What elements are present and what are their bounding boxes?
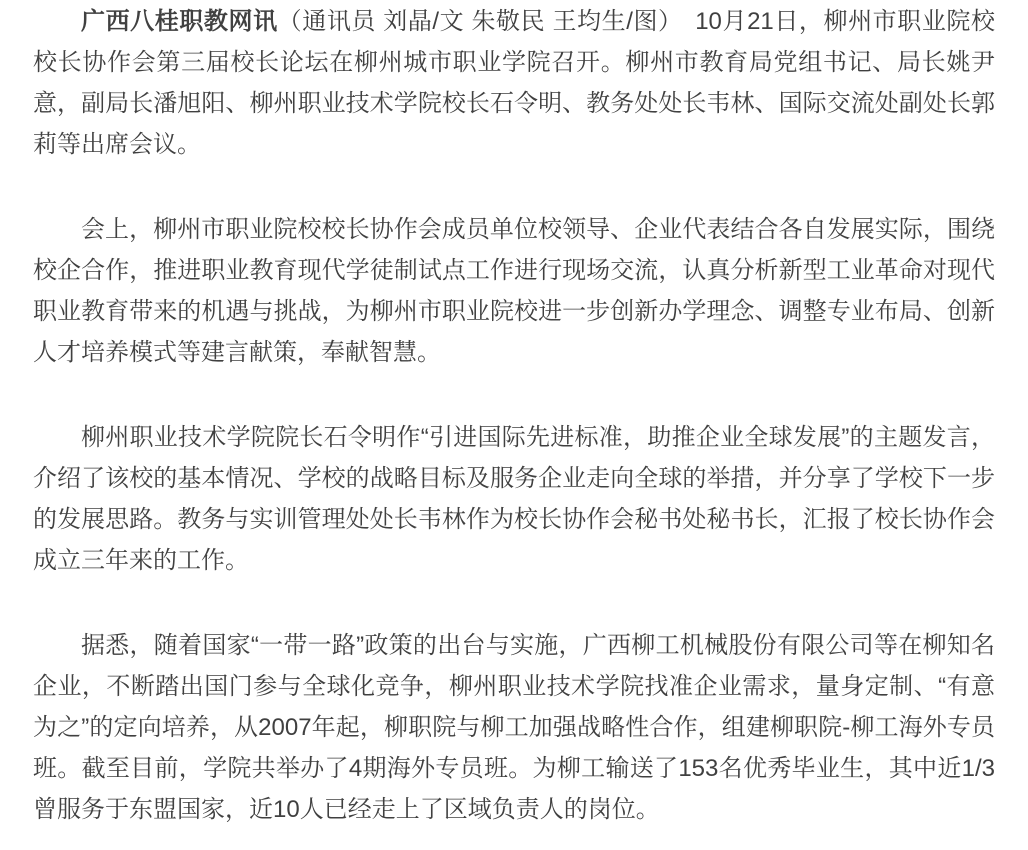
paragraph-intro: 广西八桂职教网讯（通讯员 刘晶/文 朱敬民 王均生/图） 10月21日，柳州市职… (33, 1, 995, 165)
paragraph-text: 据悉，随着国家“一带一路”政策的出台与实施，广西柳工机械股份有限公司等在柳知名企… (33, 632, 995, 823)
paragraph-background: 据悉，随着国家“一带一路”政策的出台与实施，广西柳工机械股份有限公司等在柳知名企… (33, 625, 995, 830)
article-body: 广西八桂职教网讯（通讯员 刘晶/文 朱敬民 王均生/图） 10月21日，柳州市职… (0, 0, 1028, 850)
article-source-label: 广西八桂职教网讯 (81, 8, 278, 35)
paragraph-speech: 柳州职业技术学院院长石令明作“引进国际先进标准，助推企业全球发展”的主题发言，介… (33, 417, 995, 581)
paragraph-meeting: 会上，柳州市职业院校校长协作会成员单位校领导、企业代表结合各自发展实际，围绕校企… (33, 209, 995, 373)
paragraph-text: 柳州职业技术学院院长石令明作“引进国际先进标准，助推企业全球发展”的主题发言，介… (33, 424, 995, 574)
paragraph-text: 会上，柳州市职业院校校长协作会成员单位校领导、企业代表结合各自发展实际，围绕校企… (33, 216, 995, 366)
